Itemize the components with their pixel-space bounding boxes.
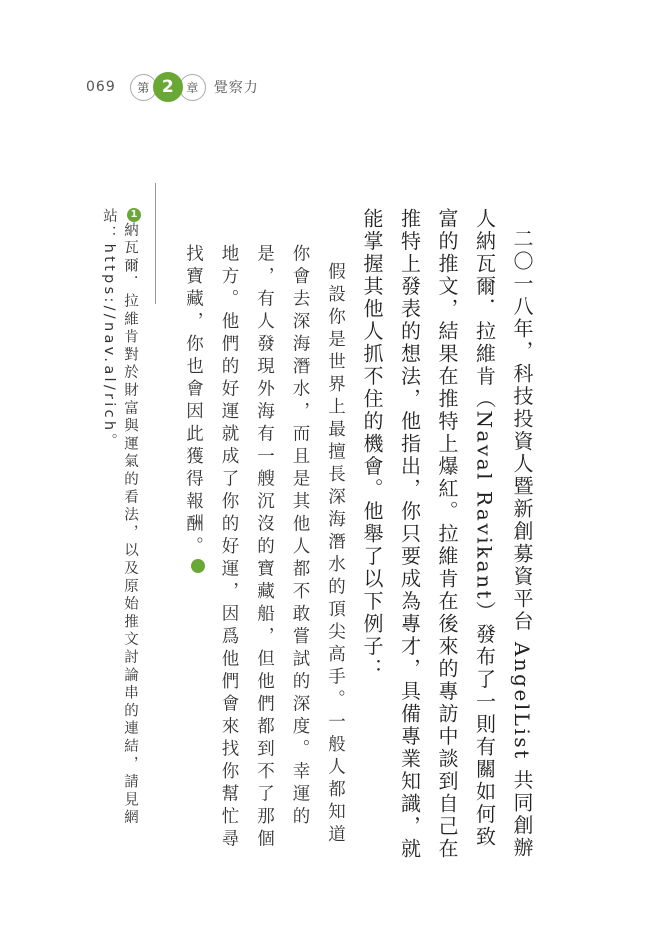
- chapter-suffix: 章: [179, 74, 206, 101]
- chapter-title: 覺察力: [214, 77, 259, 97]
- running-header: 069 第 2 章 覺察力: [86, 72, 259, 102]
- chapter-badge: 第 2 章: [130, 72, 206, 102]
- footnote: 1納瓦爾．拉維肯對於財富與運氣的看法，以及原始推文討論串的連結，請見網站：htt…: [98, 208, 141, 848]
- quote-text: 假設你是世界上最擅長深海潛水的頂尖高手。一般人都知道你會去深海潛水，而且是其他人…: [184, 244, 346, 852]
- body-paragraph: 二〇一八年，科技投資人暨新創募資平台 AngelList 共同創辦人納瓦爾．拉維…: [353, 208, 541, 868]
- footnote-text: 納瓦爾．拉維肯對於財富與運氣的看法，以及原始推文討論串的連結，請見網站：http…: [101, 208, 138, 827]
- quote-paragraph: 假設你是世界上最擅長深海潛水的頂尖高手。一般人都知道你會去深海潛水，而且是其他人…: [175, 222, 353, 868]
- footnote-separator: [155, 183, 156, 304]
- main-text: 二〇一八年，科技投資人暨新創募資平台 AngelList 共同創辦人納瓦爾．拉維…: [175, 208, 540, 868]
- footnote-marker: 1: [127, 208, 141, 222]
- page-number: 069: [86, 79, 116, 95]
- footnote-reference-marker[interactable]: 1: [191, 559, 205, 573]
- chapter-number: 2: [153, 72, 183, 102]
